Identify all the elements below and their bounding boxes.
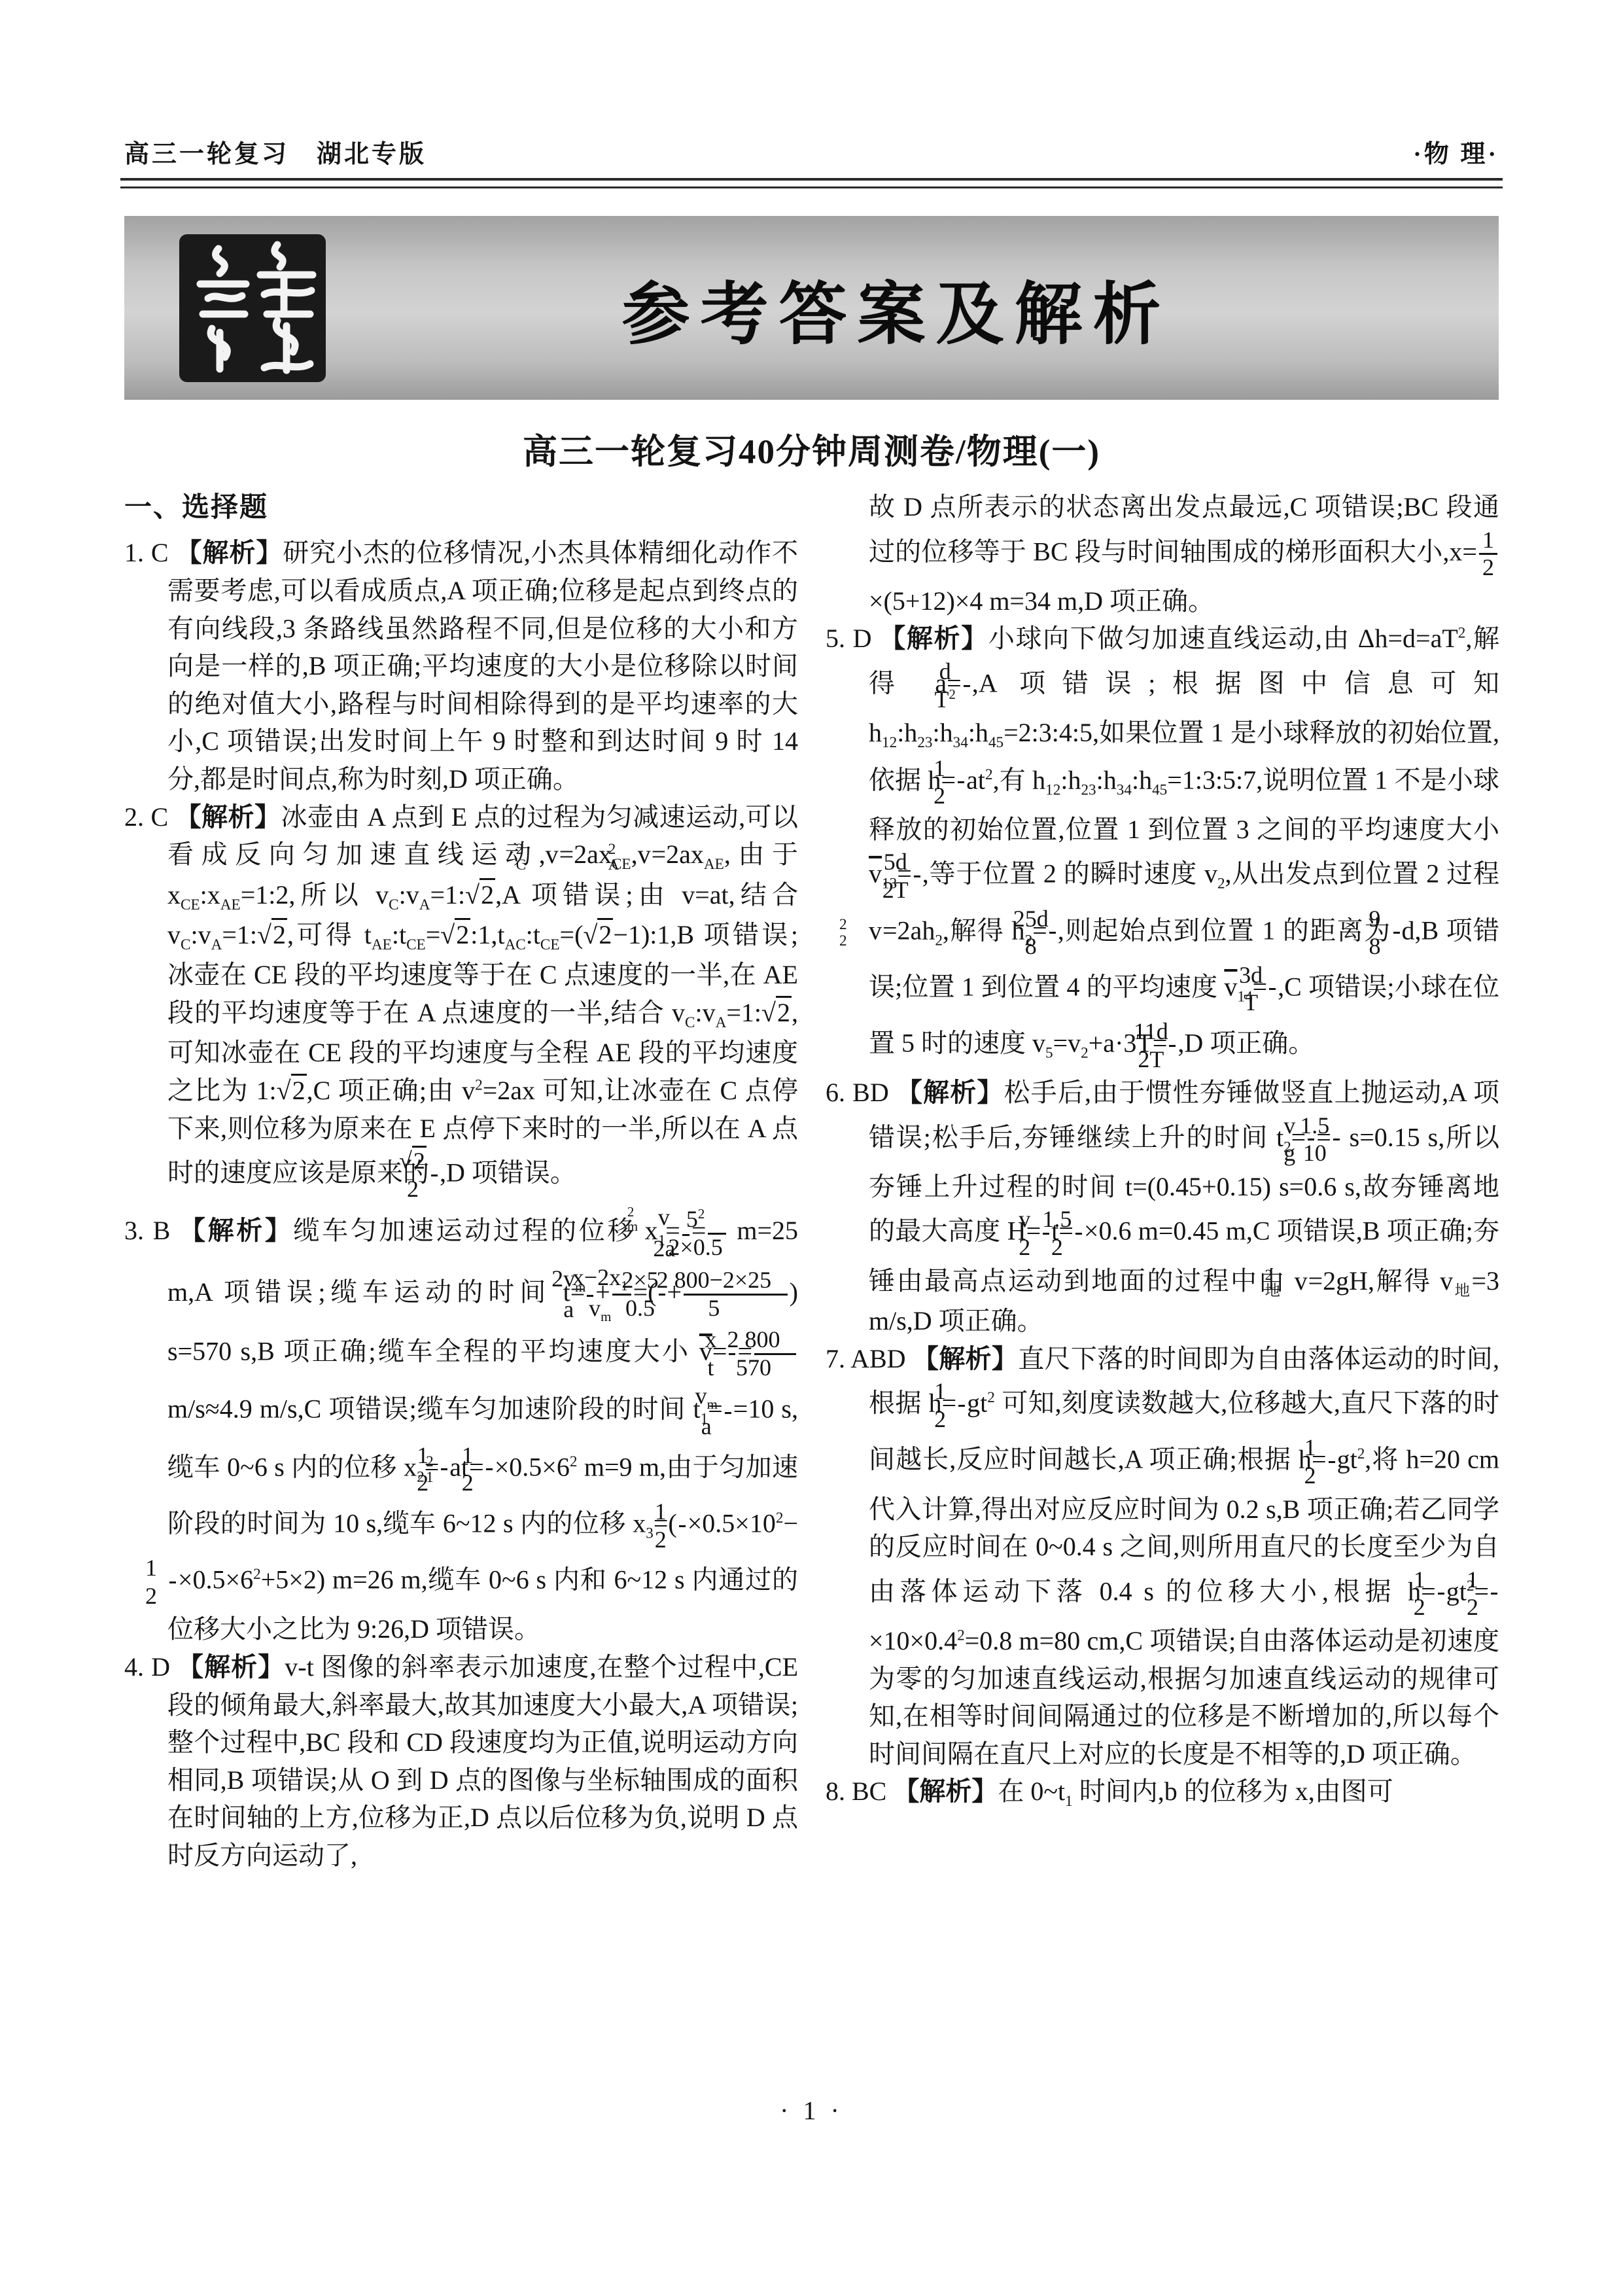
left-column: 一、选择题 1. C 【解析】研究小杰的位移情况,小杰具体精细化动作不需要考虑,… (124, 488, 798, 1875)
section-heading: 一、选择题 (124, 488, 798, 527)
answer-label: 3. B (124, 1216, 170, 1245)
paper-title: 高三一轮复习40分钟周测卷/物理(一) (0, 424, 1623, 474)
answer-label: 7. ABD (826, 1344, 906, 1373)
answer-banner: 参考答案及解析 (124, 216, 1499, 400)
page-header: 高三一轮复习 湖北专版 ·物 理· (124, 133, 1499, 169)
answer-item-3: 3. B 【解析】缆车匀加速运动过程的位移 x1=v2m2a=522×0.5 m… (124, 1203, 798, 1648)
answer-item-7: 7. ABD 【解析】直尺下落的时间即为自由落体运动的时间,根据 h=12gt2… (826, 1340, 1499, 1773)
answer-item-8: 8. BC 【解析】在 0~t1 时间内,b 的位移为 x,由图可 (826, 1773, 1499, 1812)
answer-label: 6. BD (826, 1078, 889, 1107)
answer-label: 5. D (826, 624, 872, 653)
answer-item-5: 5. D 【解析】小球向下做匀加速直线运动,由 Δh=d=aT2,解得 a=dT… (826, 620, 1499, 1074)
banner-title: 参考答案及解析 (340, 216, 1453, 400)
answer-item-4-continued: 故 D 点所表示的状态离出发点最远,C 项错误;BC 段通过的位移等于 BC 段… (826, 488, 1499, 620)
answer-label: 1. C (124, 538, 169, 567)
right-column: 故 D 点所表示的状态离出发点最远,C 项错误;BC 段通过的位移等于 BC 段… (826, 488, 1499, 1813)
answer-label: 2. C (124, 802, 168, 832)
publisher-seal-icon (178, 233, 327, 383)
answer-item-6: 6. BD 【解析】松手后,由于惯性夯锤做竖直上抛运动,A 项错误;松手后,夯锤… (826, 1074, 1499, 1340)
header-edition: 高三一轮复习 湖北专版 (124, 133, 427, 169)
answer-label: 4. D (124, 1652, 170, 1682)
answer-item-4: 4. D 【解析】v-t 图像的斜率表示加速度,在整个过程中,CE 段的倾角最大… (124, 1648, 798, 1875)
answer-sheet-page: { "page": { "header_left": "高三一轮复习 湖北专版"… (0, 0, 1623, 2296)
answer-item-1: 1. C 【解析】研究小杰的位移情况,小杰具体精细化动作不需要考虑,可以看成质点… (124, 534, 798, 798)
answer-label: 8. BC (826, 1776, 886, 1806)
answer-item-2: 2. C 【解析】冰壶由 A 点到 E 点的过程为匀减速运动,可以看成反向匀加速… (124, 798, 798, 1204)
header-subject: ·物 理· (1413, 133, 1499, 169)
header-divider-rule (120, 178, 1503, 188)
page-number: · 1 · (0, 2095, 1623, 2126)
